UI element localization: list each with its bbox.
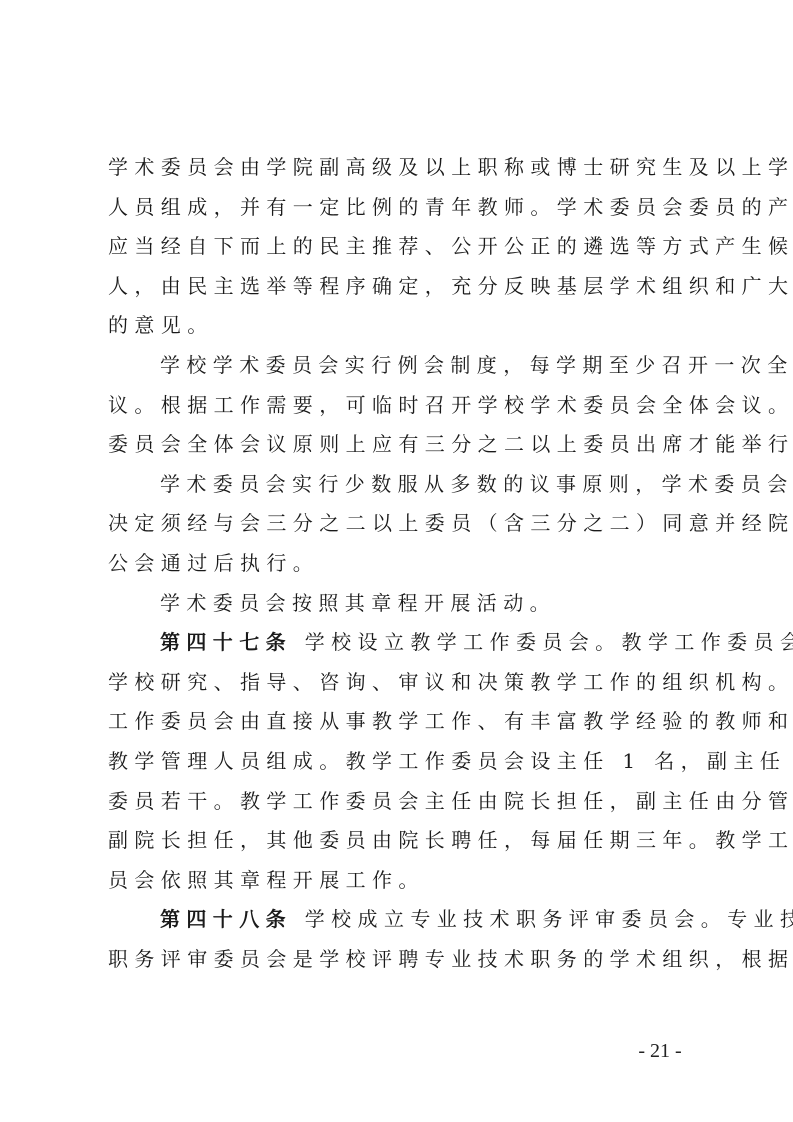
text-line: 学校研究、指导、咨询、审议和决策教学工作的组织机构。教学: [108, 663, 692, 703]
text-line: 员会依照其章程开展工作。: [108, 861, 692, 901]
text-line: 人员组成，并有一定比例的青年教师。学术委员会委员的产生，: [108, 188, 692, 228]
text-line: 副院长担任，其他委员由院长聘任，每届任期三年。教学工作委: [108, 821, 692, 861]
article-48-text: 学校成立专业技术职务评审委员会。专业技术: [292, 907, 793, 931]
article-48-heading: 第四十八条: [160, 907, 292, 931]
text-line: 学术委员会按照其章程开展活动。: [108, 584, 692, 624]
text-line: 学术委员会实行少数服从多数的议事原则，学术委员会所作: [108, 465, 692, 505]
text-line: 的意见。: [108, 306, 692, 346]
text-line: 委员会全体会议原则上应有三分之二以上委员出席才能举行。: [108, 425, 692, 465]
text-line: 工作委员会由直接从事教学工作、有丰富教学经验的教师和教育: [108, 702, 692, 742]
text-line: 议。根据工作需要，可临时召开学校学术委员会全体会议。学术: [108, 386, 692, 426]
article-47-text: 学校设立教学工作委员会。教学工作委员会是: [292, 630, 793, 654]
text-line: 人，由民主选举等程序确定，充分反映基层学术组织和广大教师: [108, 267, 692, 307]
article-47-line: 第四十七条 学校设立教学工作委员会。教学工作委员会是: [108, 623, 692, 663]
text-line: 决定须经与会三分之二以上委员（含三分之二）同意并经院长办: [108, 504, 692, 544]
text-line: 学术委员会由学院副高级及以上职称或博士研究生及以上学历: [108, 148, 692, 188]
document-page: 学术委员会由学院副高级及以上职称或博士研究生及以上学历 人员组成，并有一定比例的…: [0, 0, 793, 1122]
body-text: 学术委员会由学院副高级及以上职称或博士研究生及以上学历 人员组成，并有一定比例的…: [108, 148, 692, 979]
page-number: - 21 -: [620, 1040, 700, 1063]
text-line: 教学管理人员组成。教学工作委员会设主任 1 名，副主任 1 名，: [108, 742, 692, 782]
article-47-heading: 第四十七条: [160, 630, 292, 654]
text-line: 公会通过后执行。: [108, 544, 692, 584]
text-line: 委员若干。教学工作委员会主任由院长担任，副主任由分管教学: [108, 782, 692, 822]
text-line: 职务评审委员会是学校评聘专业技术职务的学术组织，根据评聘: [108, 940, 692, 980]
text-line: 应当经自下而上的民主推荐、公开公正的遴选等方式产生候选: [108, 227, 692, 267]
article-48-line: 第四十八条 学校成立专业技术职务评审委员会。专业技术: [108, 900, 692, 940]
text-line: 学校学术委员会实行例会制度，每学期至少召开一次全体会: [108, 346, 692, 386]
